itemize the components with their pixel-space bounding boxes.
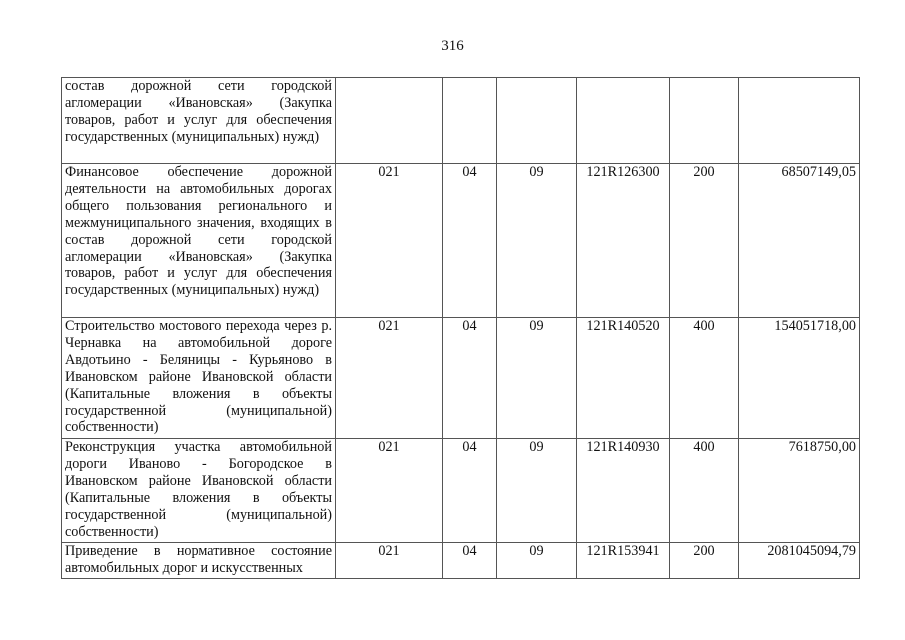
subsection-code: 09 <box>497 543 577 579</box>
table-row: Приведение в нормативное состояние автом… <box>62 543 860 579</box>
expense-type-code <box>670 78 739 164</box>
row-description: Реконструкция участка автомобильной доро… <box>62 439 336 543</box>
expense-type-code: 200 <box>670 543 739 579</box>
section-code: 04 <box>443 164 497 318</box>
table-row: Строительство мостового перехода через р… <box>62 318 860 439</box>
amount: 7618750,00 <box>739 439 860 543</box>
subsection-code: 09 <box>497 439 577 543</box>
subsection-code: 09 <box>497 164 577 318</box>
target-article-code <box>577 78 670 164</box>
subsection-code: 09 <box>497 318 577 439</box>
target-article-code: 121R126300 <box>577 164 670 318</box>
row-description: Приведение в нормативное состояние автом… <box>62 543 336 579</box>
ministry-code: 021 <box>336 318 443 439</box>
target-article-code: 121R153941 <box>577 543 670 579</box>
row-description: Строительство мостового перехода через р… <box>62 318 336 439</box>
amount: 68507149,05 <box>739 164 860 318</box>
subsection-code <box>497 78 577 164</box>
row-description: состав дорожной сети городской агломерац… <box>62 78 336 164</box>
budget-table: состав дорожной сети городской агломерац… <box>61 77 860 579</box>
ministry-code: 021 <box>336 543 443 579</box>
expense-type-code: 400 <box>670 439 739 543</box>
amount <box>739 78 860 164</box>
section-code: 04 <box>443 543 497 579</box>
section-code: 04 <box>443 439 497 543</box>
target-article-code: 121R140930 <box>577 439 670 543</box>
expense-type-code: 400 <box>670 318 739 439</box>
ministry-code: 021 <box>336 439 443 543</box>
row-description: Финансовое обеспечение дорожной деятельн… <box>62 164 336 318</box>
page-number: 316 <box>0 38 905 55</box>
section-code <box>443 78 497 164</box>
expense-type-code: 200 <box>670 164 739 318</box>
target-article-code: 121R140520 <box>577 318 670 439</box>
amount: 2081045094,79 <box>739 543 860 579</box>
table-row: Реконструкция участка автомобильной доро… <box>62 439 860 543</box>
amount: 154051718,00 <box>739 318 860 439</box>
ministry-code: 021 <box>336 164 443 318</box>
table-row: Финансовое обеспечение дорожной деятельн… <box>62 164 860 318</box>
ministry-code <box>336 78 443 164</box>
table-row: состав дорожной сети городской агломерац… <box>62 78 860 164</box>
section-code: 04 <box>443 318 497 439</box>
